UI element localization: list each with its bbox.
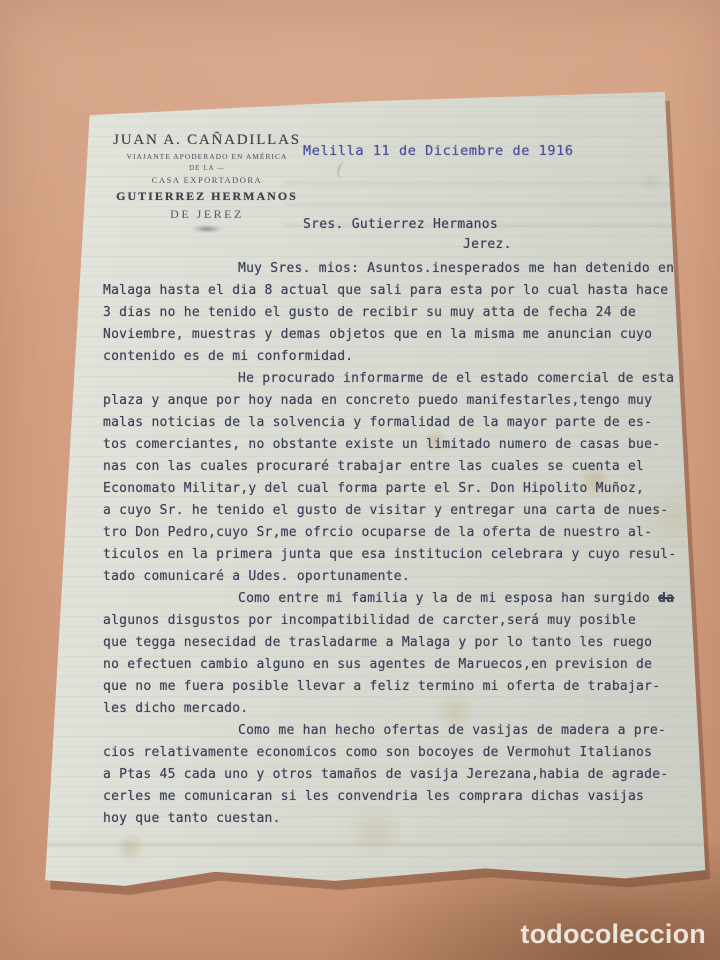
letterhead-company: GUTIERREZ HERMANOS — [87, 189, 327, 204]
fold-crease — [35, 842, 710, 848]
paragraph-3-first-line: Como entre mi familia y la de mi esposa … — [238, 591, 658, 606]
letter-paper: JUAN A. CAÑADILLAS VIAJANTE APODERADO EN… — [35, 86, 710, 921]
letterhead: JUAN A. CAÑADILLAS VIAJANTE APODERADO EN… — [87, 132, 327, 233]
letterhead-subtitle: DE LA — — [87, 164, 327, 172]
paragraph-2: He procurado informarme de el estado com… — [103, 368, 705, 588]
struck-word: da — [658, 591, 674, 606]
recipient-city: Jerez. — [463, 237, 512, 252]
letterhead-location: DE JEREZ — [87, 207, 327, 222]
pencil-mark — [336, 161, 350, 180]
letter-body: Muy Sres. mios: Asuntos.inesperados me h… — [103, 258, 705, 830]
letterhead-smudge — [190, 225, 224, 233]
letterhead-subtitle: VIAJANTE APODERADO EN AMÉRICA — [87, 152, 327, 161]
photo-background: JUAN A. CAÑADILLAS VIAJANTE APODERADO EN… — [0, 0, 720, 960]
paragraph-4: Como me han hecho ofertas de vasijas de … — [103, 720, 705, 830]
paragraph-3: Como entre mi familia y la de mi esposa … — [103, 588, 705, 720]
paragraph-3-rest: algunos disgustos por incompatibilidad d… — [103, 613, 660, 716]
paragraph-1: Muy Sres. mios: Asuntos.inesperados me h… — [103, 258, 705, 368]
dateline: Melilla 11 de Diciembre de 1916 — [303, 143, 574, 159]
letterhead-name: JUAN A. CAÑADILLAS — [87, 132, 327, 149]
letterhead-subtitle: CASA EXPORTADORA — [87, 175, 327, 185]
ink-ghost-impressions — [285, 182, 675, 244]
watermark: todocoleccion — [520, 919, 706, 950]
recipient-line: Sres. Gutierrez Hermanos — [303, 217, 498, 232]
